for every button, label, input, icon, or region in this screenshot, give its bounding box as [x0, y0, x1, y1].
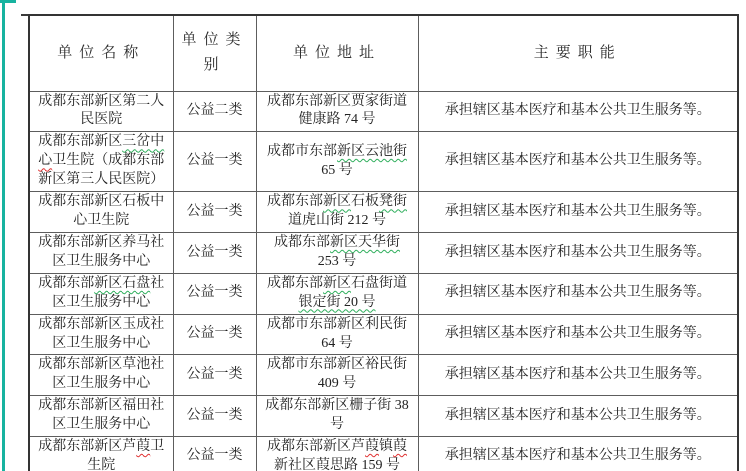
cell-name: 成都东部新区芦葭卫生院	[29, 436, 173, 471]
cell-functions: 承担辖区基本医疗和基本公共卫生服务等。	[418, 233, 738, 274]
cell-name: 成都东部新区石板中心卫生院	[29, 192, 173, 233]
cell-address: 成都东部新区贾家街道健康路 74 号	[256, 91, 418, 132]
text-segment: 新社区	[274, 458, 316, 471]
cell-address: 成都东部新区芦葭镇葭新社区葭思路 159 号	[256, 436, 418, 471]
cell-name: 成都东部新区石盘社区卫生服务中心	[29, 273, 173, 314]
cell-functions: 承担辖区基本医疗和基本公共卫生服务等。	[418, 355, 738, 396]
table-row: 成都东部新区玉成社区卫生服务中心公益一类成都市东部新区利民街 64 号承担辖区基…	[29, 314, 738, 355]
cell-functions: 承担辖区基本医疗和基本公共卫生服务等。	[418, 91, 738, 132]
text-segment: 石盘街道	[351, 276, 407, 291]
column-header-name: 单位名称	[29, 15, 173, 91]
cell-name: 成都东部新区三岔中心卫生院（成都东部新区第三人民医院）	[29, 132, 173, 192]
cell-category: 公益一类	[173, 233, 256, 274]
cell-category: 公益一类	[173, 355, 256, 396]
spellcheck-red-mark: 心	[38, 153, 52, 168]
cell-functions: 承担辖区基本医疗和基本公共卫生服务等。	[418, 273, 738, 314]
text-segment: 镇	[379, 439, 393, 454]
spellcheck-green-mark: 凳街	[379, 194, 407, 209]
cell-category: 公益一类	[173, 314, 256, 355]
cell-functions: 承担辖区基本医疗和基本公共卫生服务等。	[418, 192, 738, 233]
cell-functions: 承担辖区基本医疗和基本公共卫生服务等。	[418, 314, 738, 355]
cell-name: 成都东部新区福田社区卫生服务中心	[29, 396, 173, 437]
spellcheck-green-mark: 新区	[330, 235, 358, 250]
cell-address: 成都市东部新区裕民街 409 号	[256, 355, 418, 396]
table-row: 成都东部新区石盘社区卫生服务中心公益一类成都东部新区石盘街道银定街 20 号承担…	[29, 273, 738, 314]
spellcheck-red-mark: 葭	[316, 458, 330, 471]
cell-category: 公益一类	[173, 132, 256, 192]
text-segment: 成都东部	[38, 276, 94, 291]
cell-address: 成都市东部新区云池街 65 号	[256, 132, 418, 192]
spellcheck-green-mark: 新区	[323, 276, 351, 291]
spellcheck-red-mark: 葭	[365, 439, 379, 454]
text-segment: 253 号	[318, 254, 357, 269]
cell-functions: 承担辖区基本医疗和基本公共卫生服务等。	[418, 436, 738, 471]
column-header-functions: 主要职能	[418, 15, 738, 91]
table-row: 成都东部新区福田社区卫生服务中心公益一类成都东部新区栅子街 38 号承担辖区基本…	[29, 396, 738, 437]
cell-functions: 承担辖区基本医疗和基本公共卫生服务等。	[418, 396, 738, 437]
text-segment: 成都东部	[267, 194, 323, 209]
column-header-category: 单位类别	[173, 15, 256, 91]
cell-name: 成都东部新区第二人民医院	[29, 91, 173, 132]
cell-address: 成都东部新区石盘街道银定街 20 号	[256, 273, 418, 314]
text-segment: 65 号	[321, 163, 353, 178]
table-row: 成都东部新区草池社区卫生服务中心公益一类成都市东部新区裕民街 409 号承担辖区…	[29, 355, 738, 396]
cell-name: 成都东部新区草池社区卫生服务中心	[29, 355, 173, 396]
cell-address: 成都东部新区石板凳街道虎山街 212 号	[256, 192, 418, 233]
cell-category: 公益一类	[173, 192, 256, 233]
cell-name: 成都东部新区养马社区卫生服务中心	[29, 233, 173, 274]
table-body: 成都东部新区第二人民医院公益二类成都东部新区贾家街道健康路 74 号承担辖区基本…	[29, 91, 738, 471]
header-row: 单位名称单位类别单位地址主要职能	[29, 15, 738, 91]
column-header-address: 单位地址	[256, 15, 418, 91]
cell-category: 公益一类	[173, 436, 256, 471]
spellcheck-green-mark: 新区云池街	[337, 144, 407, 159]
table-header: 单位名称单位类别单位地址主要职能	[29, 15, 738, 91]
top-accent-line	[0, 0, 16, 3]
table-container: 单位名称单位类别单位地址主要职能 成都东部新区第二人民医院公益二类成都东部新区贾…	[28, 14, 739, 471]
document-page: 单位名称单位类别单位地址主要职能 成都东部新区第二人民医院公益二类成都东部新区贾…	[0, 0, 746, 471]
spellcheck-green-mark: 银定街 20 号	[299, 295, 376, 310]
left-accent-line	[2, 0, 5, 471]
units-table: 单位名称单位类别单位地址主要职能 成都东部新区第二人民医院公益二类成都东部新区贾…	[28, 14, 739, 471]
cell-address: 成都东部新区栅子街 38 号	[256, 396, 418, 437]
cell-address: 成都东部新区天华街 253 号	[256, 233, 418, 274]
cell-address: 成都市东部新区利民街 64 号	[256, 314, 418, 355]
text-segment: 成都东部新区芦	[267, 439, 365, 454]
text-segment: 成都东部	[267, 276, 323, 291]
text-segment: 成都东部新区	[38, 134, 122, 149]
spellcheck-green-mark: 天华街	[358, 235, 400, 250]
table-row: 成都东部新区三岔中心卫生院（成都东部新区第三人民医院）公益一类成都市东部新区云池…	[29, 132, 738, 192]
text-segment: 成都东部	[274, 235, 330, 250]
spellcheck-green-mark: 新区	[323, 194, 351, 209]
table-row: 成都东部新区芦葭卫生院公益一类成都东部新区芦葭镇葭新社区葭思路 159 号承担辖…	[29, 436, 738, 471]
text-segment: 卫生院（成都东部新区第三人民医院）	[38, 153, 164, 187]
spellcheck-red-mark: 葭	[136, 439, 150, 454]
cell-category: 公益二类	[173, 91, 256, 132]
table-row: 成都东部新区石板中心卫生院公益一类成都东部新区石板凳街道虎山街 212 号承担辖…	[29, 192, 738, 233]
table-row: 成都东部新区第二人民医院公益二类成都东部新区贾家街道健康路 74 号承担辖区基本…	[29, 91, 738, 132]
spellcheck-green-mark: 三岔中	[122, 134, 164, 149]
text-segment: 成都东部新区芦	[38, 439, 136, 454]
text-segment: 石板	[351, 194, 379, 209]
cell-category: 公益一类	[173, 396, 256, 437]
table-row: 成都东部新区养马社区卫生服务中心公益一类成都东部新区天华街 253 号承担辖区基…	[29, 233, 738, 274]
cell-name: 成都东部新区玉成社区卫生服务中心	[29, 314, 173, 355]
text-segment: 思路 159 号	[330, 458, 400, 471]
spellcheck-red-mark: 葭	[393, 439, 407, 454]
text-segment: 道虎山街 212 号	[288, 213, 386, 228]
cell-functions: 承担辖区基本医疗和基本公共卫生服务等。	[418, 132, 738, 192]
spellcheck-green-mark: 新区石盘	[94, 276, 150, 291]
text-segment: 成都市东部	[267, 144, 337, 159]
cell-category: 公益一类	[173, 273, 256, 314]
